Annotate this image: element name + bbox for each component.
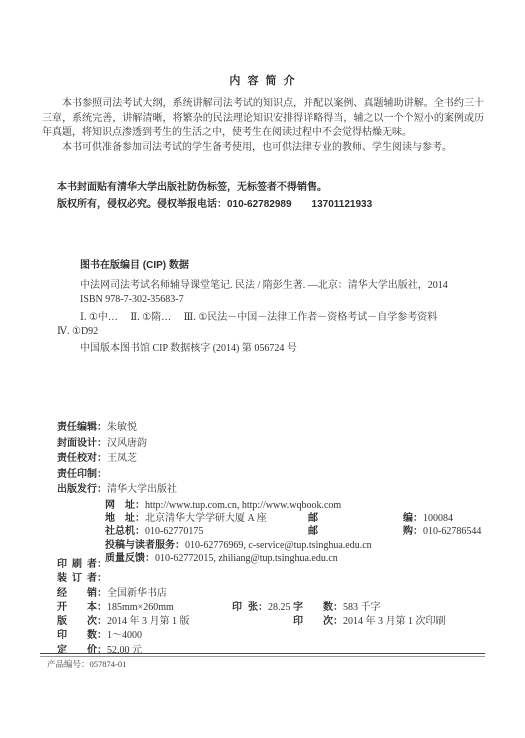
product-number: 产品编号：057874-01 xyxy=(47,658,126,670)
word-count-value: 583 千字 xyxy=(343,602,381,613)
colon: ： xyxy=(258,602,268,613)
sheets-label: 印张 xyxy=(232,601,258,615)
colon: ： xyxy=(97,573,107,584)
isbn-line: ISBN 978-7-302-35683-7 xyxy=(57,293,485,307)
colon: ： xyxy=(413,513,423,524)
colon: ： xyxy=(135,500,145,511)
mail-order-value: 010-62786544 xyxy=(423,526,481,537)
product-number-label: 产品编号 xyxy=(47,659,81,669)
print-run-label: 印数 xyxy=(57,629,97,643)
credit-row-editor: 责任编辑：朱敏悦 xyxy=(57,420,497,436)
format-cell: 开本：185mm×260mm xyxy=(57,601,232,615)
credits-section: 责任编辑：朱敏悦 封面设计：汉风唐韵 责任校对：王凤芝 责任印制： 出版发行：清… xyxy=(57,420,497,565)
address-value: 北京清华大学学研大厦 A 座 xyxy=(145,513,267,524)
credit-row-publisher: 出版发行：清华大学出版社 xyxy=(57,482,497,498)
colon: ： xyxy=(97,616,107,627)
colon: ： xyxy=(97,453,107,464)
credit-value: 汉风唐韵 xyxy=(107,438,147,449)
credit-row-cover-design: 封面设计：汉风唐韵 xyxy=(57,436,497,452)
edition-value: 2014 年 3 月第 1 版 xyxy=(107,616,190,627)
address-cell: 地址：北京清华大学学研大厦 A 座 xyxy=(105,512,308,525)
publisher-website-row: 网址：http://www.tup.com.cn, http://www.wqb… xyxy=(105,499,497,512)
divider-rule xyxy=(40,653,485,657)
postcode-label: 邮编 xyxy=(308,512,413,525)
distributor-value: 全国新华书店 xyxy=(107,588,167,599)
cip-header: 图书在版编目 (CIP) 数据 xyxy=(57,256,485,271)
edition-row: 版次：2014 年 3 月第 1 版 印次：2014 年 3 月第 1 次印刷 xyxy=(57,615,497,629)
format-label: 开本 xyxy=(57,601,97,615)
binder-label: 装订者 xyxy=(57,572,97,586)
publisher-phone-row: 社总机：010-62770175 邮购：010-62786544 xyxy=(105,525,497,538)
address-label: 地址 xyxy=(105,512,135,525)
piracy-hotline-notice: 版权所有，侵权必究。侵权举报电话：010-62782989 1370112193… xyxy=(57,197,487,214)
content-summary-section: 内 容 简 介 本书参照司法考试大纲，系统讲解司法考试的知识点，并配以案例、真题… xyxy=(42,72,484,155)
publisher-address-row: 地址：北京清华大学学研大厦 A 座 邮编：100084 xyxy=(105,512,497,525)
colophon-section: 印刷者： 装订者： 经销：全国新华书店 开本：185mm×260mm 印张：28… xyxy=(57,558,497,658)
reader-service-row: 投稿与读者服务：010-62776969, c-service@tup.tsin… xyxy=(105,539,497,552)
sheets-cell: 印张：28.25 xyxy=(232,601,293,615)
colon: ： xyxy=(333,602,343,613)
credit-value: 王凤芝 xyxy=(107,453,137,464)
distributor-label: 经销 xyxy=(57,587,97,601)
cip-classification-line-1: Ⅰ. ①中… Ⅱ. ①隋… Ⅲ. ①民法－中国－法律工作者－资格考试－自学参考资… xyxy=(57,311,485,325)
credit-label: 封面设计 xyxy=(57,436,97,452)
switchboard-cell: 社总机：010-62770175 xyxy=(105,525,308,538)
colon: ： xyxy=(97,630,107,641)
cip-record-line: 中国版本图书馆 CIP 数据核字 (2014) 第 056724 号 xyxy=(57,342,485,356)
cip-title-line: 中法网司法考试名师辅导课堂笔记. 民法 / 隋彭生著. —北京：清华大学出版社，… xyxy=(57,279,485,293)
sheets-value: 28.25 xyxy=(268,602,291,613)
product-number-value: 057874-01 xyxy=(90,659,127,669)
publisher-details: 网址：http://www.tup.com.cn, http://www.wqb… xyxy=(57,499,497,565)
copyright-warning-section: 本书封面贴有清华大学出版社防伪标签，无标签者不得销售。 版权所有，侵权必究。侵权… xyxy=(57,180,487,213)
cip-classification-line-2: Ⅳ. ①D92 xyxy=(57,325,485,339)
anti-counterfeit-notice: 本书封面贴有清华大学出版社防伪标签，无标签者不得销售。 xyxy=(57,180,487,197)
colon: ： xyxy=(97,588,107,599)
impression-cell: 印次：2014 年 3 月第 1 次印刷 xyxy=(293,615,497,629)
binder-row: 装订者： xyxy=(57,572,497,586)
colon: ： xyxy=(333,616,343,627)
postcode-value: 100084 xyxy=(423,513,453,524)
colon: ： xyxy=(175,540,185,551)
colon: ： xyxy=(81,659,90,669)
word-count-label: 字数 xyxy=(293,601,333,615)
colon: ： xyxy=(97,469,107,480)
reader-service-value: 010-62776969, c-service@tup.tsinghua.edu… xyxy=(185,540,372,551)
colon: ： xyxy=(135,513,145,524)
edition-cell: 版次：2014 年 3 月第 1 版 xyxy=(57,615,293,629)
postcode-cell: 邮编：100084 xyxy=(308,512,453,525)
mail-order-cell: 邮购：010-62786544 xyxy=(308,525,481,538)
cip-section: 图书在版编目 (CIP) 数据 中法网司法考试名师辅导课堂笔记. 民法 / 隋彭… xyxy=(57,256,485,356)
intro-paragraph-1: 本书参照司法考试大纲，系统讲解司法考试的知识点，并配以案例、真题辅助讲解。全书约… xyxy=(42,97,484,141)
credit-label: 责任校对 xyxy=(57,451,97,467)
website-value: http://www.tup.com.cn, http://www.wqbook… xyxy=(145,500,341,511)
colon: ： xyxy=(97,602,107,613)
credit-label: 责任编辑 xyxy=(57,420,97,436)
word-count-cell: 字数：583 千字 xyxy=(293,601,497,615)
publisher-name: 清华大学出版社 xyxy=(107,484,177,495)
format-row: 开本：185mm×260mm 印张：28.25 字数：583 千字 xyxy=(57,601,497,615)
copyright-page: 内 容 简 介 本书参照司法考试大纲，系统讲解司法考试的知识点，并配以案例、真题… xyxy=(0,0,525,738)
colon: ： xyxy=(97,559,107,570)
colon: ： xyxy=(97,484,107,495)
colon: ： xyxy=(97,438,107,449)
intro-paragraph-2: 本书可供准备参加司法考试的学生备考使用，也可供法律专业的教师、学生阅读与参考。 xyxy=(42,141,484,156)
colon: ： xyxy=(97,422,107,433)
format-value: 185mm×260mm xyxy=(107,602,174,613)
print-run-value: 1～4000 xyxy=(107,630,142,641)
switchboard-value: 010-62770175 xyxy=(145,526,203,537)
reader-service-label: 投稿与读者服务 xyxy=(105,540,175,551)
credit-label: 出版发行 xyxy=(57,482,97,498)
print-run-row: 印数：1～4000 xyxy=(57,629,497,643)
edition-label: 版次 xyxy=(57,615,97,629)
credit-row-print-supervisor: 责任印制： xyxy=(57,467,497,483)
impression-label: 印次 xyxy=(293,615,333,629)
credit-label: 责任印制 xyxy=(57,467,97,483)
mail-order-label: 邮购 xyxy=(308,525,413,538)
distributor-row: 经销：全国新华书店 xyxy=(57,587,497,601)
colon: ： xyxy=(413,526,423,537)
printer-label: 印刷者 xyxy=(57,558,97,572)
credit-row-proofreader: 责任校对：王凤芝 xyxy=(57,451,497,467)
printer-row: 印刷者： xyxy=(57,558,497,572)
credit-value: 朱敏悦 xyxy=(107,422,137,433)
website-label: 网址 xyxy=(105,499,135,512)
content-summary-title: 内 容 简 介 xyxy=(42,72,484,88)
colon: ： xyxy=(135,526,145,537)
impression-value: 2014 年 3 月第 1 次印刷 xyxy=(343,616,446,627)
switchboard-label: 社总机 xyxy=(105,525,135,538)
